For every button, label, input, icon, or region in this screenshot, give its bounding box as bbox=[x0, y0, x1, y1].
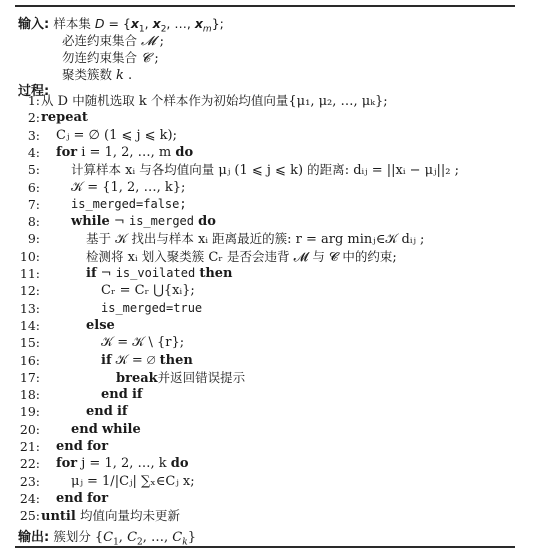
line-number: 18: bbox=[2, 386, 40, 403]
line-number: 19: bbox=[2, 403, 40, 420]
line-code: repeat bbox=[41, 109, 88, 126]
line-number: 14: bbox=[2, 317, 40, 334]
line-number: 22: bbox=[2, 455, 40, 472]
line-number: 7: bbox=[2, 196, 40, 213]
line-number: 4: bbox=[2, 144, 40, 161]
line-code: if ¬ is_voilated then bbox=[86, 265, 233, 282]
line-code: end for bbox=[56, 490, 108, 507]
line-number: 21: bbox=[2, 438, 40, 455]
line-number: 11: bbox=[2, 265, 40, 282]
output-line: 输出: 簇划分 {C1, C2, …, Ck} bbox=[18, 528, 196, 545]
line-code: end if bbox=[86, 403, 127, 420]
line-code: 基于 𝒦 找出与样本 xᵢ 距离最近的簇: r = arg minⱼ∈𝒦 dᵢⱼ… bbox=[86, 230, 424, 248]
input-k: 聚类簇数 k . bbox=[62, 66, 132, 83]
line-number: 12: bbox=[2, 282, 40, 299]
line-number: 9: bbox=[2, 230, 40, 247]
line-number: 6: bbox=[2, 179, 40, 196]
line-number: 1: bbox=[2, 92, 40, 109]
line-number: 17: bbox=[2, 369, 40, 386]
line-number: 8: bbox=[2, 213, 40, 230]
line-code: else bbox=[86, 317, 115, 334]
top-rule bbox=[15, 5, 515, 7]
line-code: is_merged=true bbox=[101, 300, 202, 317]
line-code: 计算样本 xᵢ 与各均值向量 μⱼ (1 ⩽ j ⩽ k) 的距离: dᵢⱼ =… bbox=[71, 161, 459, 179]
line-code: break并返回错误提示 bbox=[116, 369, 245, 387]
input-line: 输入: 样本集 D = {x1, x2, …, xm}; bbox=[18, 15, 224, 32]
line-number: 13: bbox=[2, 300, 40, 317]
line-code: while ¬ is_merged do bbox=[71, 213, 216, 230]
line-number: 23: bbox=[2, 473, 40, 490]
line-number: 20: bbox=[2, 421, 40, 438]
input-dataset: 样本集 D = {x1, x2, …, xm}; bbox=[53, 16, 224, 31]
line-code: for j = 1, 2, …, k do bbox=[56, 455, 189, 472]
bottom-rule bbox=[15, 546, 515, 548]
line-number: 10: bbox=[2, 248, 40, 265]
line-code: end while bbox=[71, 421, 141, 438]
line-code: 从 D 中随机选取 k 个样本作为初始均值向量{μ₁, μ₂, …, μₖ}; bbox=[41, 92, 388, 110]
line-code: Cᵣ = Cᵣ ⋃{xᵢ}; bbox=[101, 282, 195, 299]
input-cannot-link: 勿连约束集合 𝓒 ; bbox=[62, 49, 159, 66]
line-code: end for bbox=[56, 438, 108, 455]
input-label: 输入: bbox=[18, 17, 49, 32]
input-must-link: 必连约束集合 𝓜 ; bbox=[62, 32, 164, 49]
line-number: 15: bbox=[2, 334, 40, 351]
line-code: if 𝒦 = ∅ then bbox=[101, 352, 193, 369]
line-code: for i = 1, 2, …, m do bbox=[56, 144, 193, 161]
line-code: Cⱼ = ∅ (1 ⩽ j ⩽ k); bbox=[56, 127, 177, 144]
line-code: μⱼ = 1/|Cⱼ| ∑ₓ∈Cⱼ x; bbox=[71, 473, 195, 490]
line-code: end if bbox=[101, 386, 142, 403]
line-number: 16: bbox=[2, 352, 40, 369]
line-number: 5: bbox=[2, 161, 40, 178]
line-number: 2: bbox=[2, 109, 40, 126]
line-code: 检测将 xᵢ 划入聚类簇 Cᵣ 是否会违背 𝓜 与 𝓒 中的约束; bbox=[86, 248, 397, 266]
line-number: 3: bbox=[2, 127, 40, 144]
line-code: until 均值向量均未更新 bbox=[41, 507, 180, 525]
line-code: 𝒦 = 𝒦 \ {r}; bbox=[101, 334, 184, 351]
line-code: is_merged=false; bbox=[71, 196, 187, 213]
output-label: 输出: bbox=[18, 530, 49, 545]
line-number: 25: bbox=[2, 507, 40, 524]
line-code: 𝒦 = {1, 2, …, k}; bbox=[71, 179, 185, 196]
line-number: 24: bbox=[2, 490, 40, 507]
